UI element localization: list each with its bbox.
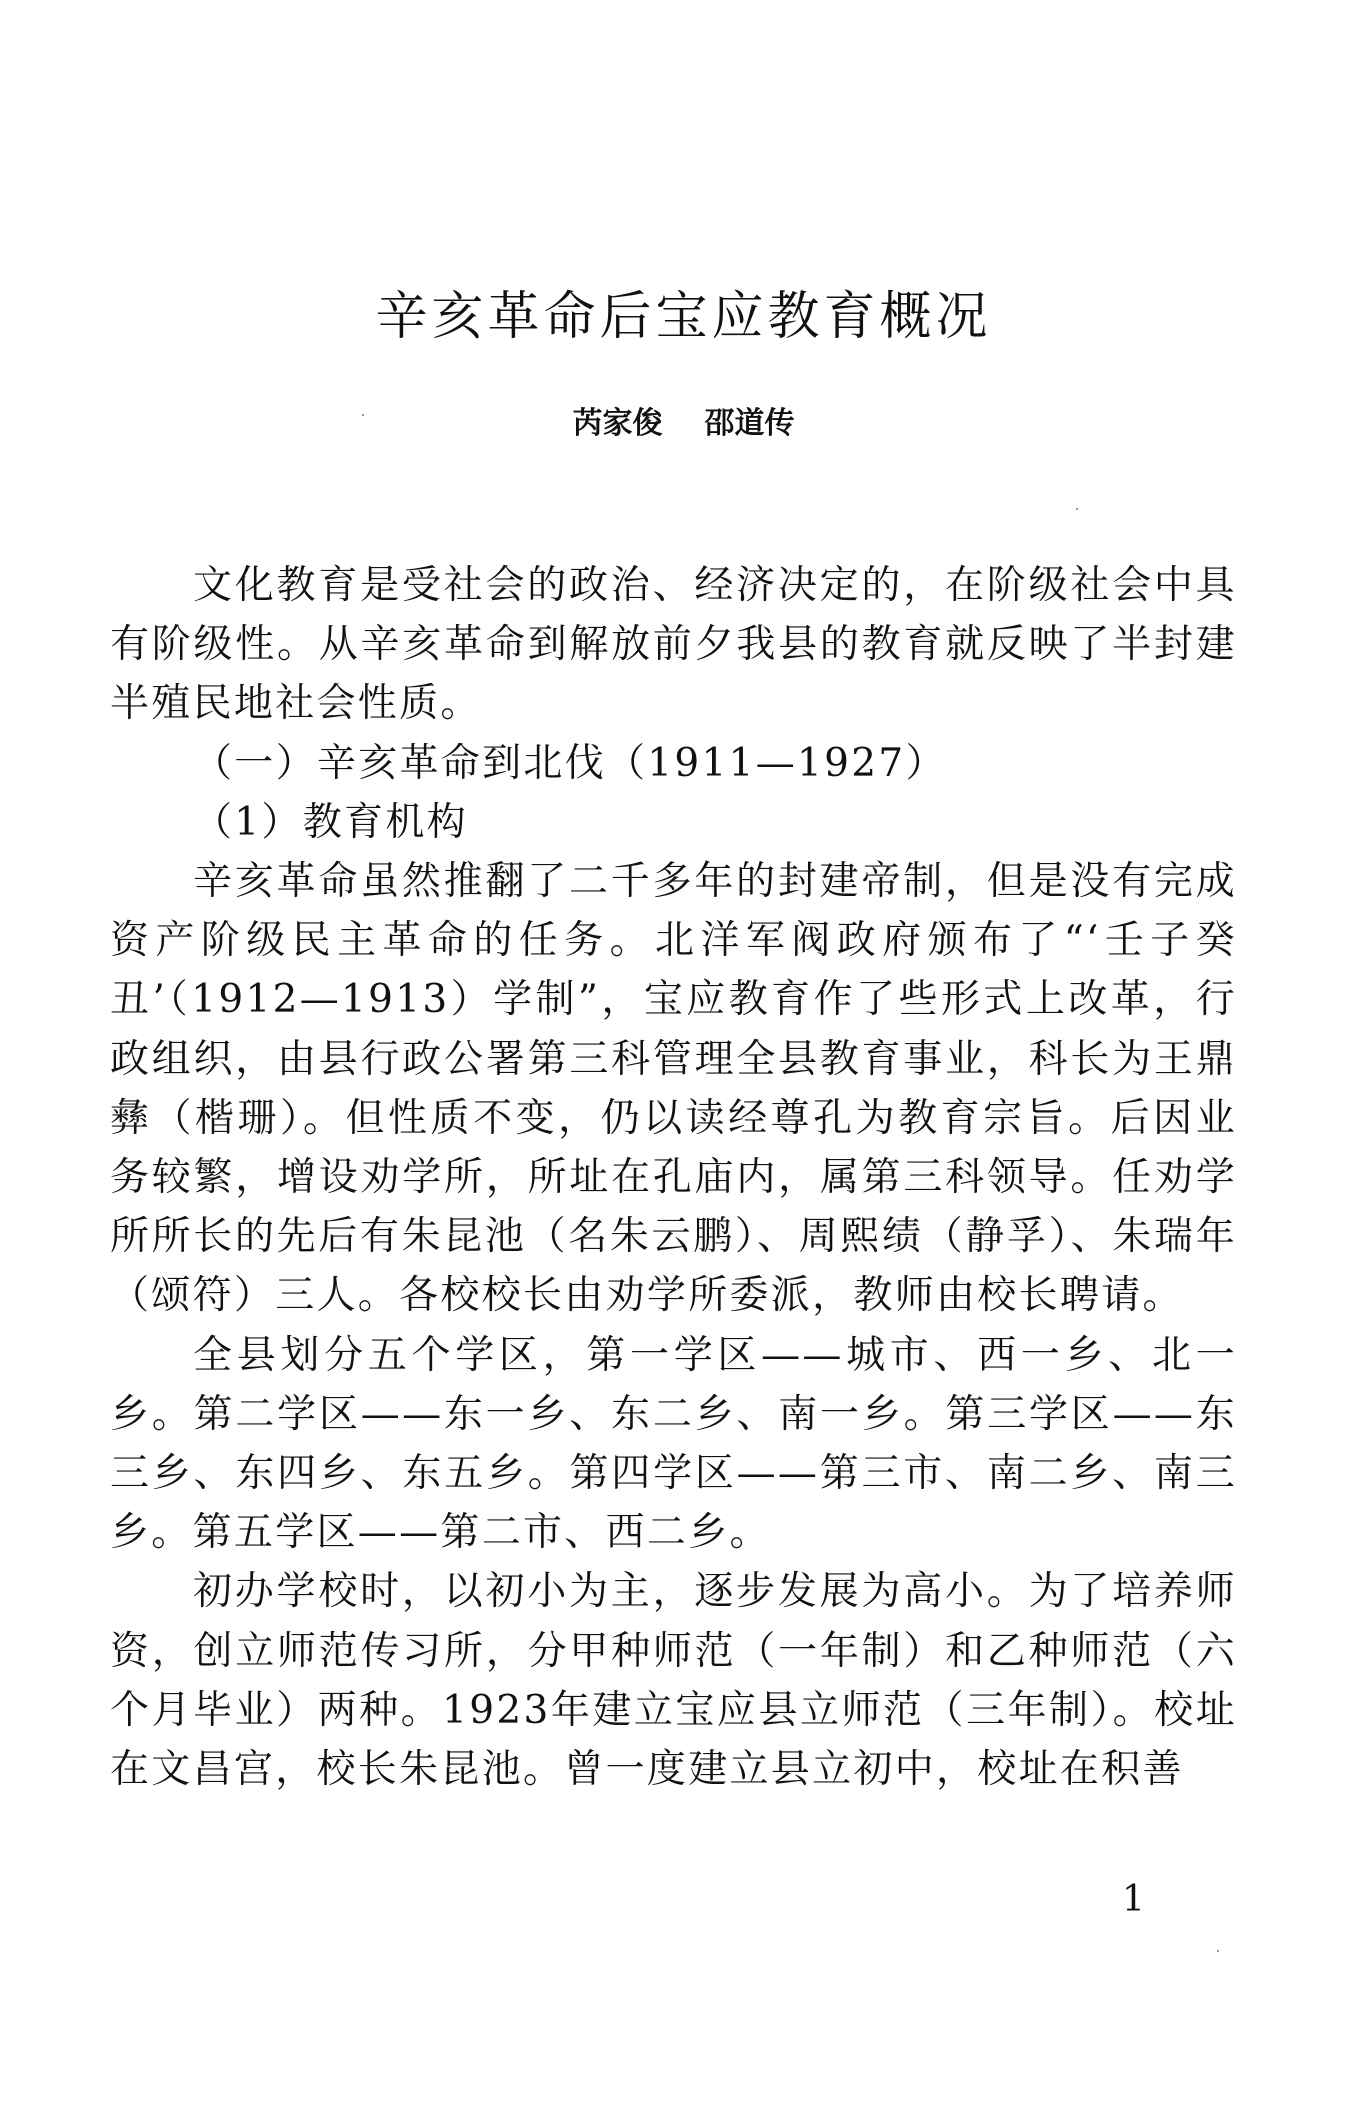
subsection-heading: （1）教育机构 [110,793,1237,852]
document-page: 辛亥革命后宝应教育概况 芮家俊邵道传 文化教育是受社会的政治、经济决定的，在阶级… [0,0,1367,2119]
section-heading: （一）辛亥革命到北伐（1911—1927） [110,734,1237,793]
author-name: 邵道传 [705,404,795,444]
author-line: 芮家俊邵道传 [0,404,1367,444]
scan-speck [1076,508,1078,510]
article-body: 文化教育是受社会的政治、经济决定的，在阶级社会中具有阶级性。从辛亥革命到解放前夕… [110,556,1237,1799]
article-title: 辛亥革命后宝应教育概况 [0,282,1367,352]
paragraph: 辛亥革命虽然推翻了二千多年的封建帝制，但是没有完成资产阶级民主革命的任务。北洋军… [110,852,1237,1326]
scan-speck [1217,1950,1219,1952]
paragraph: 初办学校时，以初小为主，逐步发展为高小。为了培养师资，创立师范传习所，分甲种师范… [110,1562,1237,1799]
author-name: 芮家俊 [573,404,663,444]
page-number: 1 [1122,1880,1145,1920]
paragraph: 文化教育是受社会的政治、经济决定的，在阶级社会中具有阶级性。从辛亥革命到解放前夕… [110,556,1237,734]
paragraph: 全县划分五个学区，第一学区——城市、西一乡、北一乡。第二学区——东一乡、东二乡、… [110,1326,1237,1563]
scan-speck [362,414,364,416]
